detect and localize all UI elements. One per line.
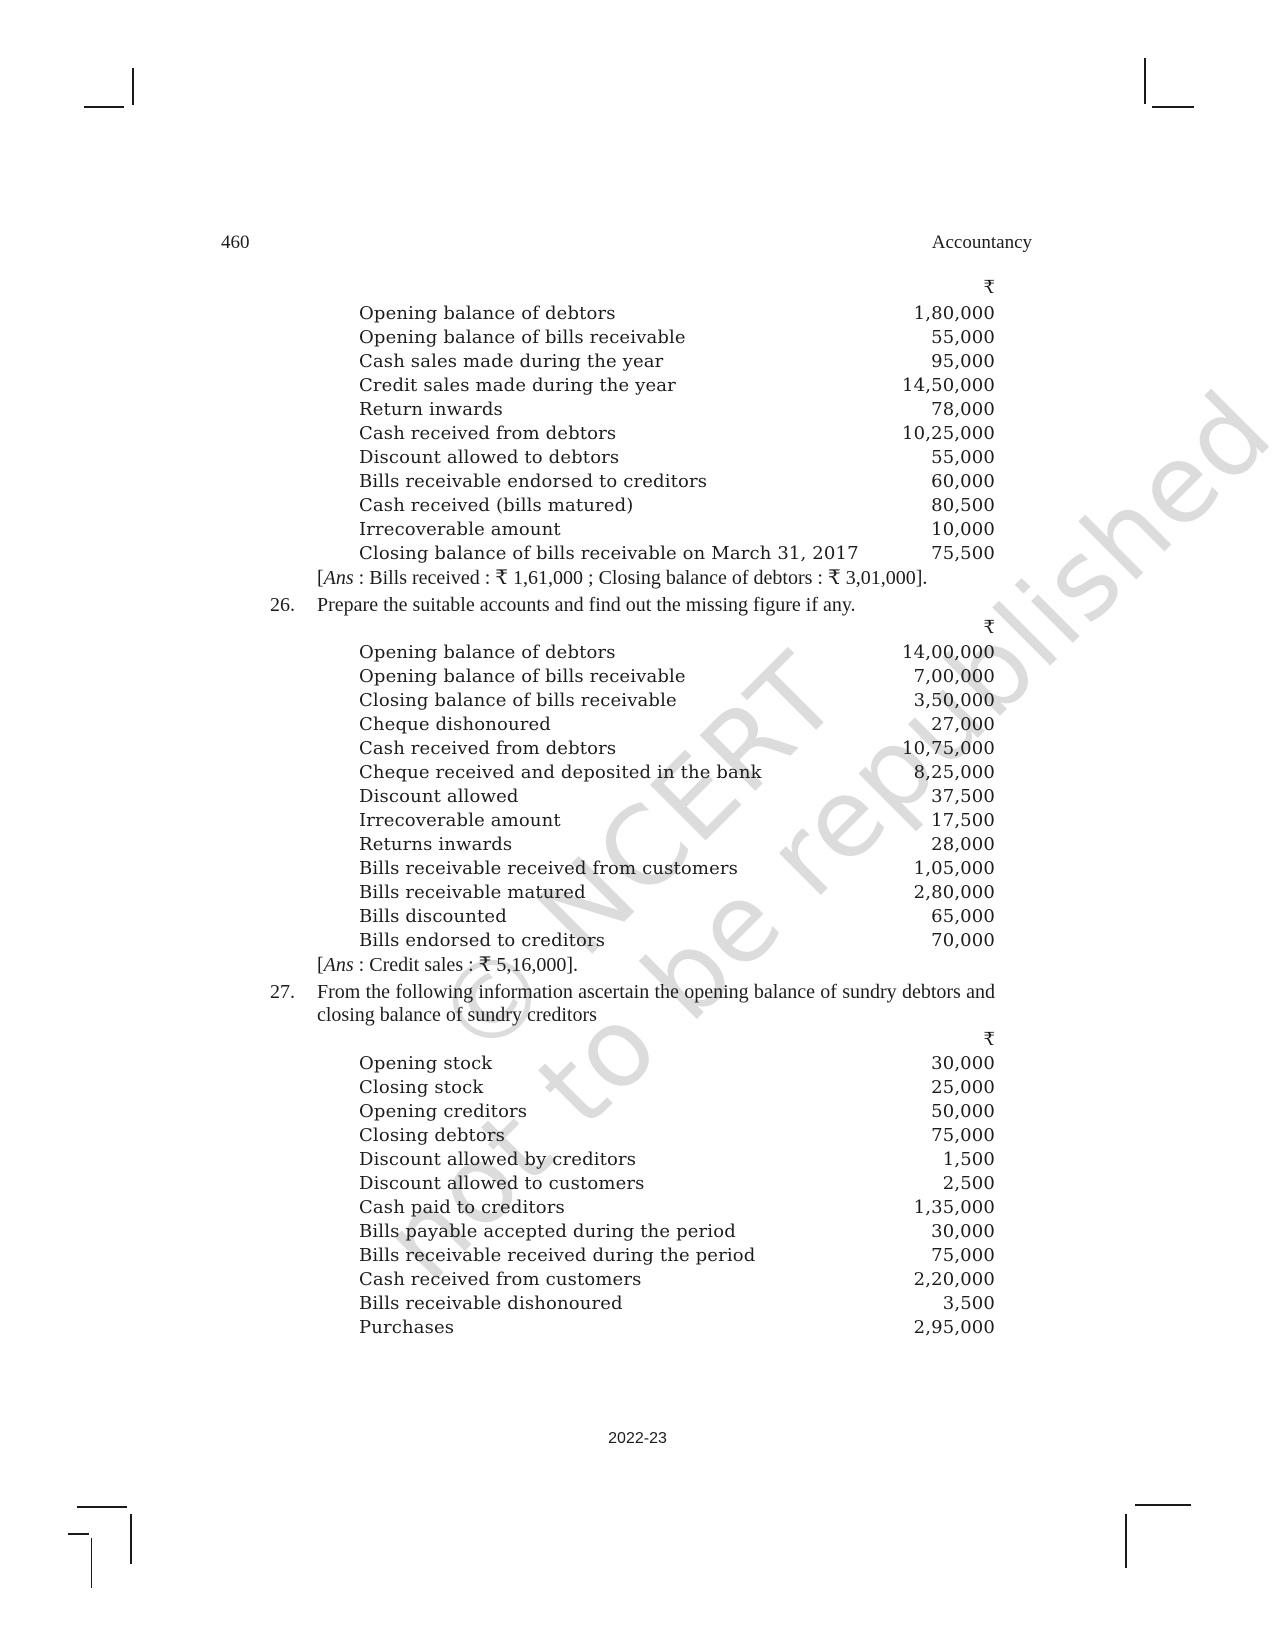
- row-amount: 37,500: [931, 785, 995, 809]
- row-label: Opening balance of debtors: [359, 641, 616, 665]
- row-amount: 55,000: [931, 446, 995, 470]
- row-amount: 75,500: [931, 542, 995, 566]
- currency-header-q26: ₹: [984, 616, 995, 640]
- table-row: Cash received from customers2,20,000: [0, 1268, 1275, 1292]
- answer-text: : Credit sales : ₹ 5,16,000].: [354, 954, 578, 976]
- question-text: Prepare the suitable accounts and find o…: [317, 594, 995, 617]
- row-amount: 30,000: [931, 1220, 995, 1244]
- row-label: Opening creditors: [359, 1100, 527, 1124]
- currency-header-q25: ₹: [984, 276, 995, 300]
- table-row: Opening creditors50,000: [0, 1100, 1275, 1124]
- table-row: Cash received (bills matured)80,500: [0, 494, 1275, 518]
- row-label: Cheque dishonoured: [359, 713, 551, 737]
- row-amount: 2,80,000: [914, 881, 995, 905]
- row-label: Purchases: [359, 1316, 454, 1340]
- table-row: Cheque received and deposited in the ban…: [0, 761, 1275, 785]
- crop-mark-top-right-horizontal: [1152, 106, 1194, 108]
- crop-mark-bottom-left-vertical: [91, 1538, 92, 1588]
- question-27: 27. From the following information ascer…: [270, 981, 995, 1027]
- row-amount: 14,00,000: [902, 641, 995, 665]
- table-row: Bills payable accepted during the period…: [0, 1220, 1275, 1244]
- row-amount: 2,20,000: [914, 1268, 995, 1292]
- row-amount: 75,000: [931, 1124, 995, 1148]
- table-row: Bills receivable received from customers…: [0, 857, 1275, 881]
- table-row: Discount allowed to customers2,500: [0, 1172, 1275, 1196]
- table-row: Bills receivable matured2,80,000: [0, 881, 1275, 905]
- table-row: Bills discounted65,000: [0, 905, 1275, 929]
- row-amount: 95,000: [931, 350, 995, 374]
- row-label: Cash paid to creditors: [359, 1196, 565, 1220]
- row-amount: 2,500: [943, 1172, 995, 1196]
- row-amount: 50,000: [931, 1100, 995, 1124]
- row-label: Cash received from debtors: [359, 422, 616, 446]
- row-amount: 10,000: [931, 518, 995, 542]
- row-label: Returns inwards: [359, 833, 512, 857]
- table-row: Discount allowed by creditors1,500: [0, 1148, 1275, 1172]
- row-amount: 28,000: [931, 833, 995, 857]
- row-label: Discount allowed to debtors: [359, 446, 619, 470]
- table-row: Irrecoverable amount10,000: [0, 518, 1275, 542]
- row-label: Irrecoverable amount: [359, 809, 561, 833]
- table-row: Opening balance of bills receivable55,00…: [0, 326, 1275, 350]
- row-label: Bills receivable received from customers: [359, 857, 738, 881]
- row-amount: 65,000: [931, 905, 995, 929]
- crop-mark-top-left-horizontal: [84, 106, 124, 108]
- row-amount: 10,25,000: [902, 422, 995, 446]
- table-row: Opening balance of bills receivable7,00,…: [0, 665, 1275, 689]
- row-label: Discount allowed to customers: [359, 1172, 645, 1196]
- row-label: Closing stock: [359, 1076, 483, 1100]
- row-label: Bills receivable dishonoured: [359, 1292, 623, 1316]
- table-row: Closing debtors75,000: [0, 1124, 1275, 1148]
- footer-year: 2022-23: [0, 1430, 1275, 1448]
- row-amount: 1,500: [943, 1148, 995, 1172]
- table-row: Cheque dishonoured27,000: [0, 713, 1275, 737]
- row-amount: 1,80,000: [914, 302, 995, 326]
- row-amount: 30,000: [931, 1052, 995, 1076]
- table-row: Opening stock30,000: [0, 1052, 1275, 1076]
- table-row: Closing balance of bills receivable on M…: [0, 542, 1275, 566]
- crop-mark-top-left-vertical: [132, 68, 134, 105]
- table-row: Closing stock25,000: [0, 1076, 1275, 1100]
- row-label: Cash received from debtors: [359, 737, 616, 761]
- table-row: Cash received from debtors10,25,000: [0, 422, 1275, 446]
- row-amount: 3,500: [943, 1292, 995, 1316]
- table-row: Discount allowed37,500: [0, 785, 1275, 809]
- row-label: Bills receivable received during the per…: [359, 1244, 755, 1268]
- answer-bracket: [: [317, 567, 324, 589]
- table-row: Returns inwards28,000: [0, 833, 1275, 857]
- row-amount: 25,000: [931, 1076, 995, 1100]
- q25-answer: [Ans : Bills received : ₹ 1,61,000 ; Clo…: [317, 566, 927, 590]
- row-amount: 70,000: [931, 929, 995, 953]
- row-label: Closing balance of bills receivable on M…: [359, 542, 859, 566]
- table-row: Closing balance of bills receivable3,50,…: [0, 689, 1275, 713]
- row-amount: 17,500: [931, 809, 995, 833]
- row-label: Opening balance of bills receivable: [359, 665, 686, 689]
- row-label: Opening balance of debtors: [359, 302, 616, 326]
- row-label: Irrecoverable amount: [359, 518, 561, 542]
- table-row: Cash received from debtors10,75,000: [0, 737, 1275, 761]
- q26-answer: [Ans : Credit sales : ₹ 5,16,000].: [317, 953, 578, 977]
- table-row: Cash sales made during the year95,000: [0, 350, 1275, 374]
- row-amount: 7,00,000: [914, 665, 995, 689]
- row-amount: 80,500: [931, 494, 995, 518]
- table-row: Opening balance of debtors1,80,000: [0, 302, 1275, 326]
- row-label: Cash received from customers: [359, 1268, 642, 1292]
- row-label: Opening stock: [359, 1052, 492, 1076]
- row-label: Bills discounted: [359, 905, 507, 929]
- row-amount: 27,000: [931, 713, 995, 737]
- page-number: 460: [221, 232, 250, 254]
- table-row: Opening balance of debtors14,00,000: [0, 641, 1275, 665]
- row-label: Bills receivable endorsed to creditors: [359, 470, 707, 494]
- table-row: Bills endorsed to creditors70,000: [0, 929, 1275, 953]
- question-26: 26. Prepare the suitable accounts and fi…: [270, 594, 995, 617]
- crop-mark-top-right-vertical: [1144, 58, 1146, 104]
- answer-label: Ans: [324, 954, 354, 976]
- table-row: Cash paid to creditors1,35,000: [0, 1196, 1275, 1220]
- table-row: Bills receivable received during the per…: [0, 1244, 1275, 1268]
- table-row: Discount allowed to debtors55,000: [0, 446, 1275, 470]
- table-row: Purchases2,95,000: [0, 1316, 1275, 1340]
- crop-mark-bottom-right-horizontal-2: [1135, 1504, 1191, 1506]
- table-row: Return inwards78,000: [0, 398, 1275, 422]
- row-amount: 8,25,000: [914, 761, 995, 785]
- row-label: Return inwards: [359, 398, 503, 422]
- row-label: Bills receivable matured: [359, 881, 586, 905]
- table-row: Irrecoverable amount17,500: [0, 809, 1275, 833]
- crop-mark-bottom-left-horizontal: [68, 1533, 89, 1535]
- row-amount: 1,05,000: [914, 857, 995, 881]
- question-text: From the following information ascertain…: [317, 981, 995, 1027]
- row-amount: 3,50,000: [914, 689, 995, 713]
- currency-header-q27: ₹: [984, 1028, 995, 1052]
- row-amount: 60,000: [931, 470, 995, 494]
- answer-text: : Bills received : ₹ 1,61,000 ; Closing …: [354, 567, 928, 589]
- row-label: Discount allowed by creditors: [359, 1148, 636, 1172]
- row-label: Cash received (bills matured): [359, 494, 633, 518]
- row-label: Opening balance of bills receivable: [359, 326, 686, 350]
- row-label: Discount allowed: [359, 785, 519, 809]
- table-row: Bills receivable dishonoured3,500: [0, 1292, 1275, 1316]
- row-amount: 2,95,000: [914, 1316, 995, 1340]
- row-label: Bills endorsed to creditors: [359, 929, 605, 953]
- row-amount: 75,000: [931, 1244, 995, 1268]
- running-head: Accountancy: [932, 232, 1032, 254]
- row-amount: 55,000: [931, 326, 995, 350]
- row-label: Bills payable accepted during the period: [359, 1220, 736, 1244]
- row-amount: 1,35,000: [914, 1196, 995, 1220]
- row-label: Cheque received and deposited in the ban…: [359, 761, 762, 785]
- row-label: Credit sales made during the year: [359, 374, 676, 398]
- crop-mark-bottom-left-horizontal-2: [77, 1506, 127, 1508]
- row-amount: 78,000: [931, 398, 995, 422]
- row-amount: 10,75,000: [902, 737, 995, 761]
- question-number: 27.: [270, 981, 295, 1004]
- row-label: Closing debtors: [359, 1124, 505, 1148]
- crop-mark-bottom-left-vertical-2: [130, 1514, 132, 1564]
- table-row: Credit sales made during the year14,50,0…: [0, 374, 1275, 398]
- crop-mark-bottom-right-vertical-2: [1125, 1514, 1127, 1568]
- row-amount: 14,50,000: [902, 374, 995, 398]
- row-label: Cash sales made during the year: [359, 350, 663, 374]
- table-row: Bills receivable endorsed to creditors60…: [0, 470, 1275, 494]
- row-label: Closing balance of bills receivable: [359, 689, 677, 713]
- question-number: 26.: [270, 594, 295, 617]
- answer-bracket: [: [317, 954, 324, 976]
- answer-label: Ans: [324, 567, 354, 589]
